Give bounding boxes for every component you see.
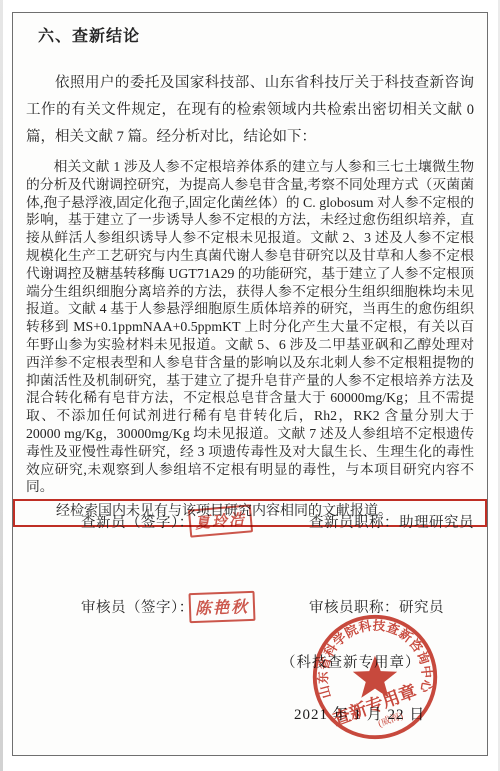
reviewer-signature-label: 审核员（签字）： [81,596,194,617]
intro-paragraph: 依照用户的委托及国家科技部、山东省科技厅关于科技查新咨询工作的有关文件规定，在现… [26,70,474,151]
official-seal-stamp: 山东省科学院科技查新咨询中心 查新专用章 (威海) [307,609,443,745]
scan-edge-left [0,0,3,771]
reviewer-name-stamp: 陈艳秋 [188,591,255,623]
section-title: 六、查新结论 [38,23,474,46]
searcher-signature-label: 查新员（签字）： [81,511,194,532]
analysis-paragraph: 相关文献 1 涉及人参不定根培养体系的建立与人参和三七土壤微生物的分析及代谢调控… [26,158,474,496]
searcher-signature-row: 查新员（签字）： 夏玲浩 查新员职称：助理研究员 [13,505,487,539]
report-conclusion-cell: 六、查新结论 依照用户的委托及国家科技部、山东省科技厅关于科技查新咨询工作的有关… [12,12,488,756]
searcher-name-stamp: 夏玲浩 [188,504,253,537]
searcher-title-label: 查新员职称：助理研究员 [309,511,474,532]
